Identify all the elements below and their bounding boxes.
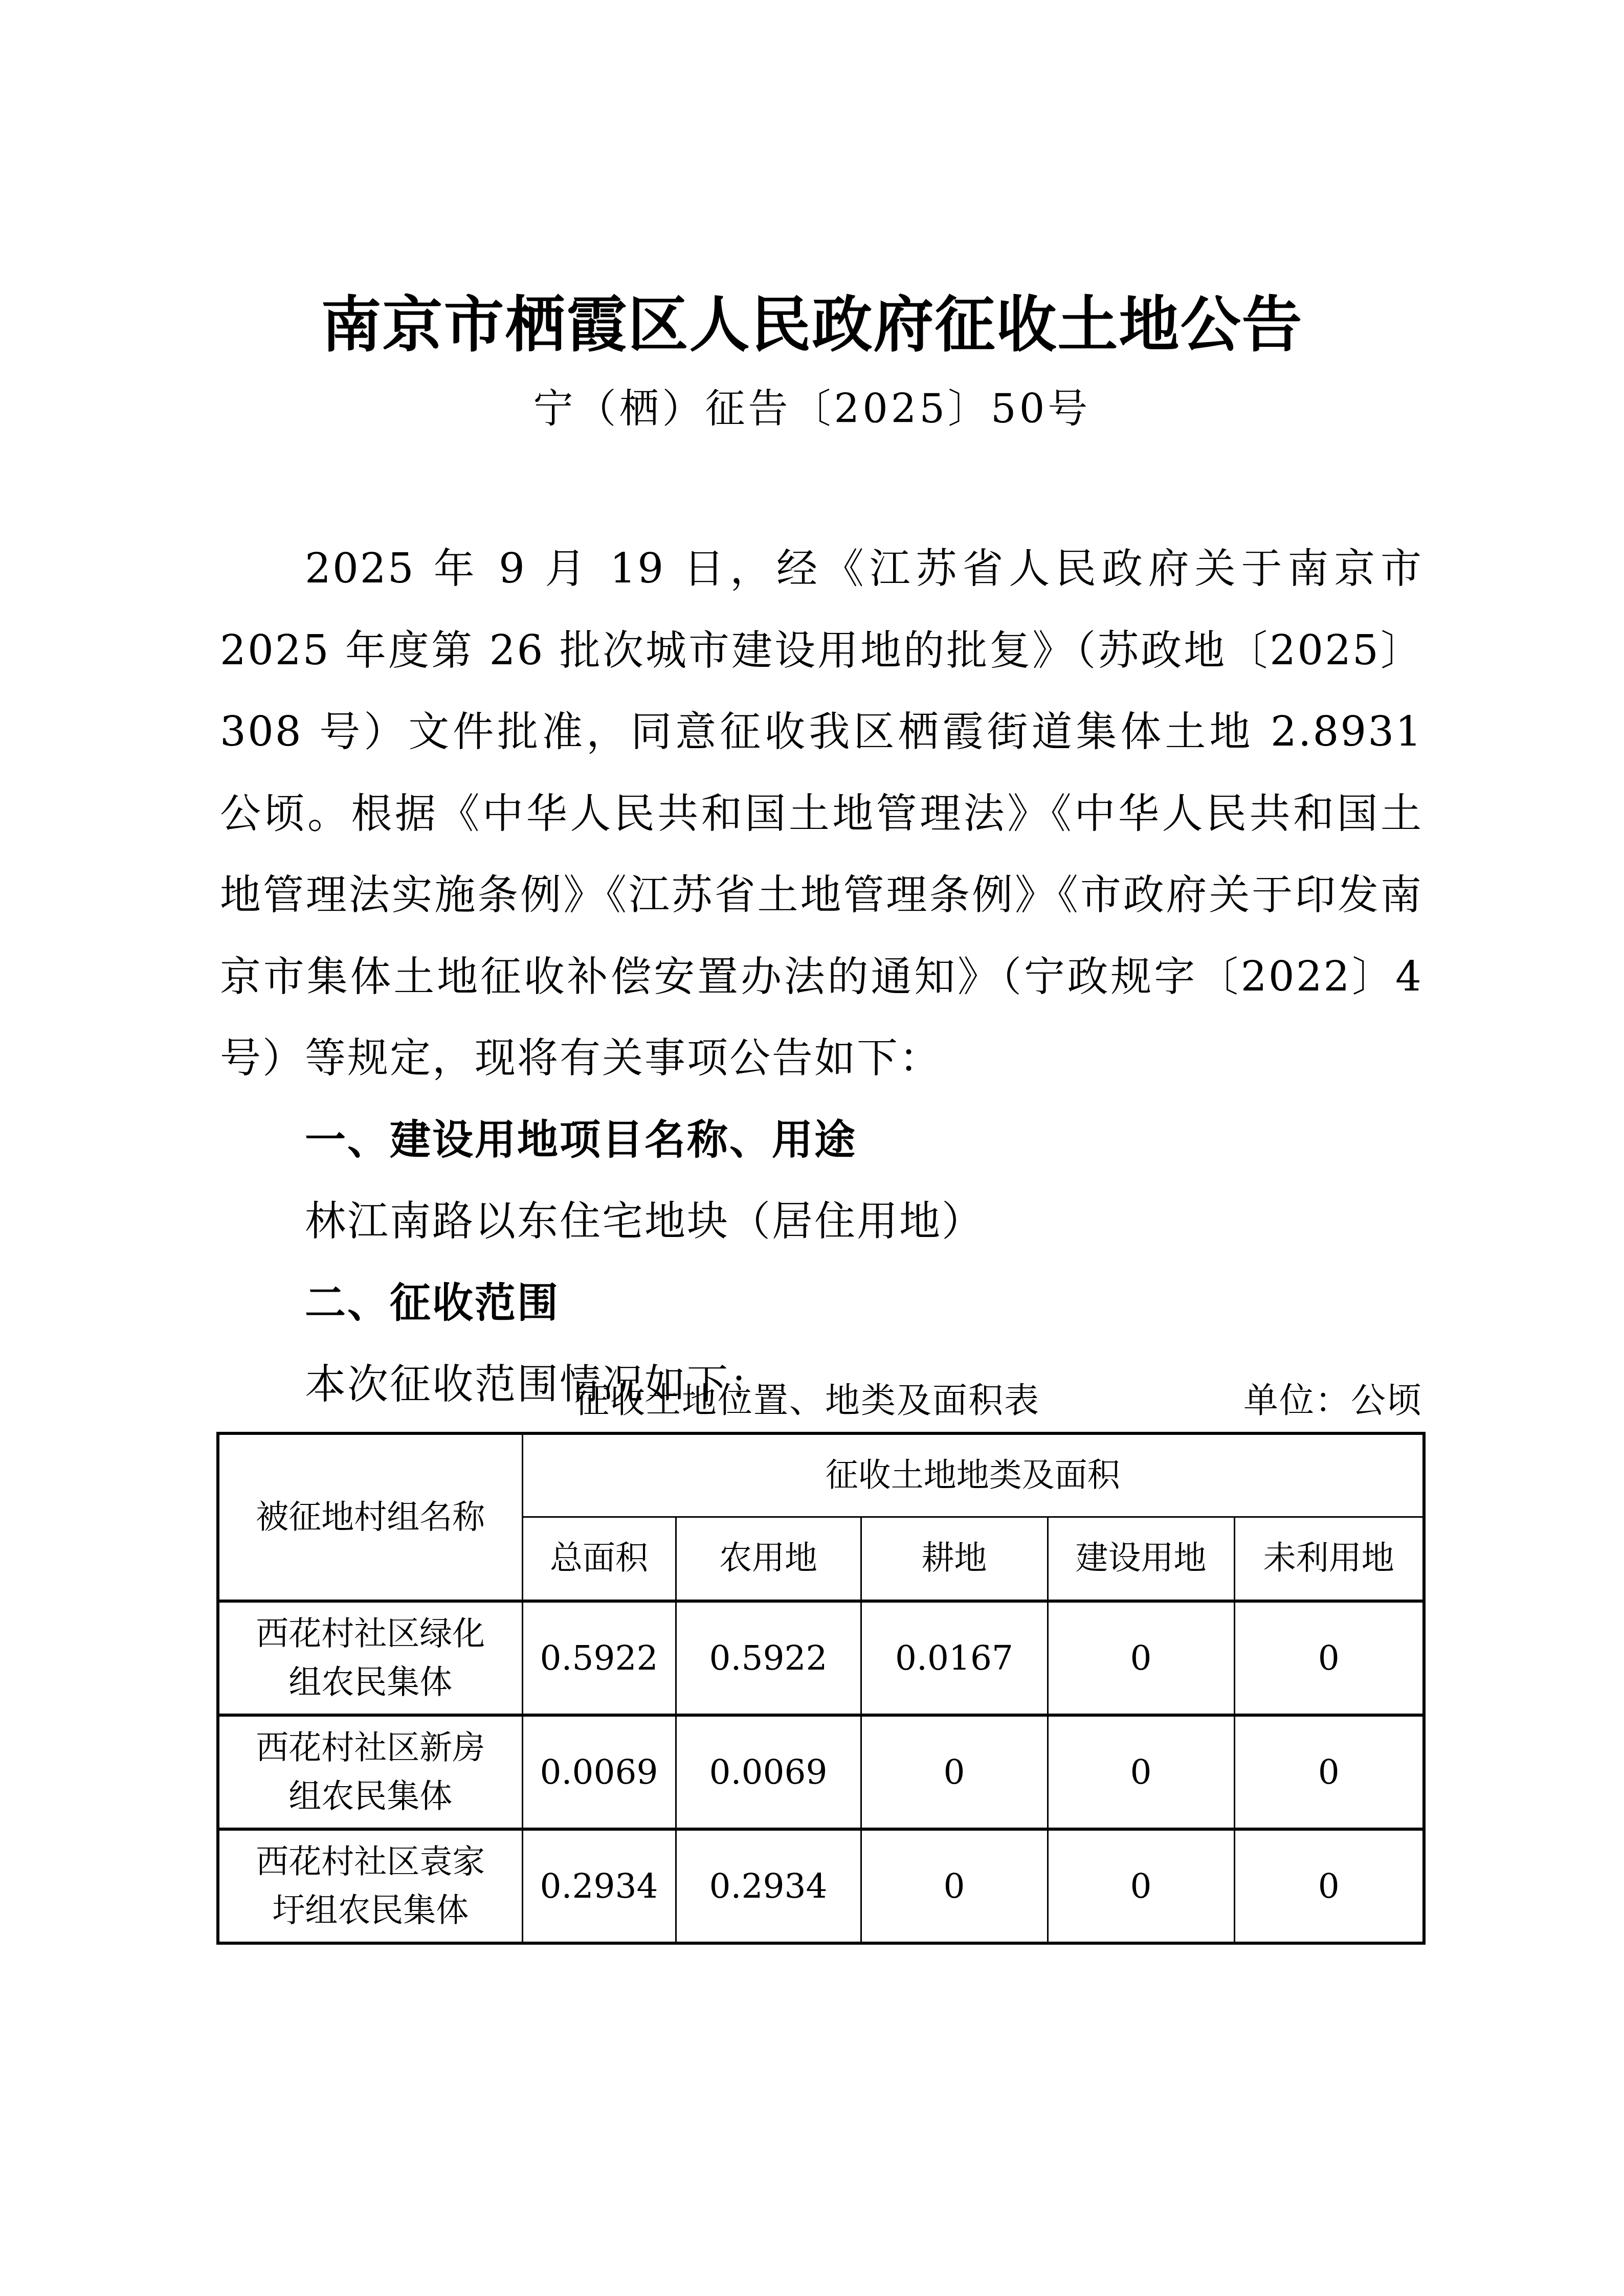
table-row: 西花村社区新房组农民集体 0.0069 0.0069 0 0 0	[218, 1715, 1424, 1829]
cell-agricultural: 0.5922	[676, 1601, 861, 1715]
village-name: 西花村社区新房组农民集体	[218, 1715, 522, 1829]
cell-unused: 0	[1234, 1601, 1424, 1715]
table-caption-title: 征收土地位置、地类及面积表	[574, 1376, 1040, 1427]
cell-total-area: 0.2934	[522, 1829, 676, 1943]
cell-total-area: 0.0069	[522, 1715, 676, 1829]
cell-construction: 0	[1048, 1715, 1234, 1829]
section2-heading: 二、征收范围	[220, 1262, 1423, 1344]
header-land-group: 征收土地地类及面积	[522, 1433, 1424, 1517]
intro-paragraph: 2025 年 9 月 19 日，经《江苏省人民政府关于南京市 2025 年度第 …	[220, 528, 1423, 1099]
table-row: 西花村社区绿化组农民集体 0.5922 0.5922 0.0167 0 0	[218, 1601, 1424, 1715]
header-village-name-label: 被征地村组名称	[256, 1498, 485, 1536]
section1-body: 林江南路以东住宅地块（居住用地）	[220, 1180, 1423, 1262]
header-construction: 建设用地	[1048, 1517, 1234, 1601]
page-title: 南京市栖霞区人民政府征收土地公告	[0, 286, 1624, 363]
cell-agricultural: 0.2934	[676, 1829, 861, 1943]
land-table: 被征地村组名称 征收土地地类及面积 总面积 农用地 耕地 建设用地 未利用地 西…	[216, 1432, 1426, 1945]
document-number: 宁（栖）征告〔2025〕50号	[0, 381, 1624, 437]
cell-unused: 0	[1234, 1829, 1424, 1943]
header-village-name: 被征地村组名称	[218, 1433, 522, 1601]
table-header-row: 被征地村组名称 征收土地地类及面积	[218, 1433, 1424, 1517]
section1-heading: 一、建设用地项目名称、用途	[220, 1099, 1423, 1181]
cell-total-area: 0.5922	[522, 1601, 676, 1715]
header-unused: 未利用地	[1234, 1517, 1424, 1601]
table-caption: 征收土地位置、地类及面积表 单位：公顷	[216, 1376, 1422, 1427]
cell-unused: 0	[1234, 1715, 1424, 1829]
cell-cultivated: 0	[861, 1715, 1048, 1829]
cell-cultivated: 0.0167	[861, 1601, 1048, 1715]
cell-agricultural: 0.0069	[676, 1715, 861, 1829]
body-text: 2025 年 9 月 19 日，经《江苏省人民政府关于南京市 2025 年度第 …	[220, 528, 1423, 1425]
header-agricultural: 农用地	[676, 1517, 861, 1601]
header-cultivated: 耕地	[861, 1517, 1048, 1601]
village-name: 西花村社区袁家圩组农民集体	[218, 1829, 522, 1943]
cell-cultivated: 0	[861, 1829, 1048, 1943]
village-name: 西花村社区绿化组农民集体	[218, 1601, 522, 1715]
header-total-area: 总面积	[522, 1517, 676, 1601]
cell-construction: 0	[1048, 1601, 1234, 1715]
cell-construction: 0	[1048, 1829, 1234, 1943]
table-unit: 单位：公顷	[1243, 1376, 1422, 1427]
table-row: 西花村社区袁家圩组农民集体 0.2934 0.2934 0 0 0	[218, 1829, 1424, 1943]
